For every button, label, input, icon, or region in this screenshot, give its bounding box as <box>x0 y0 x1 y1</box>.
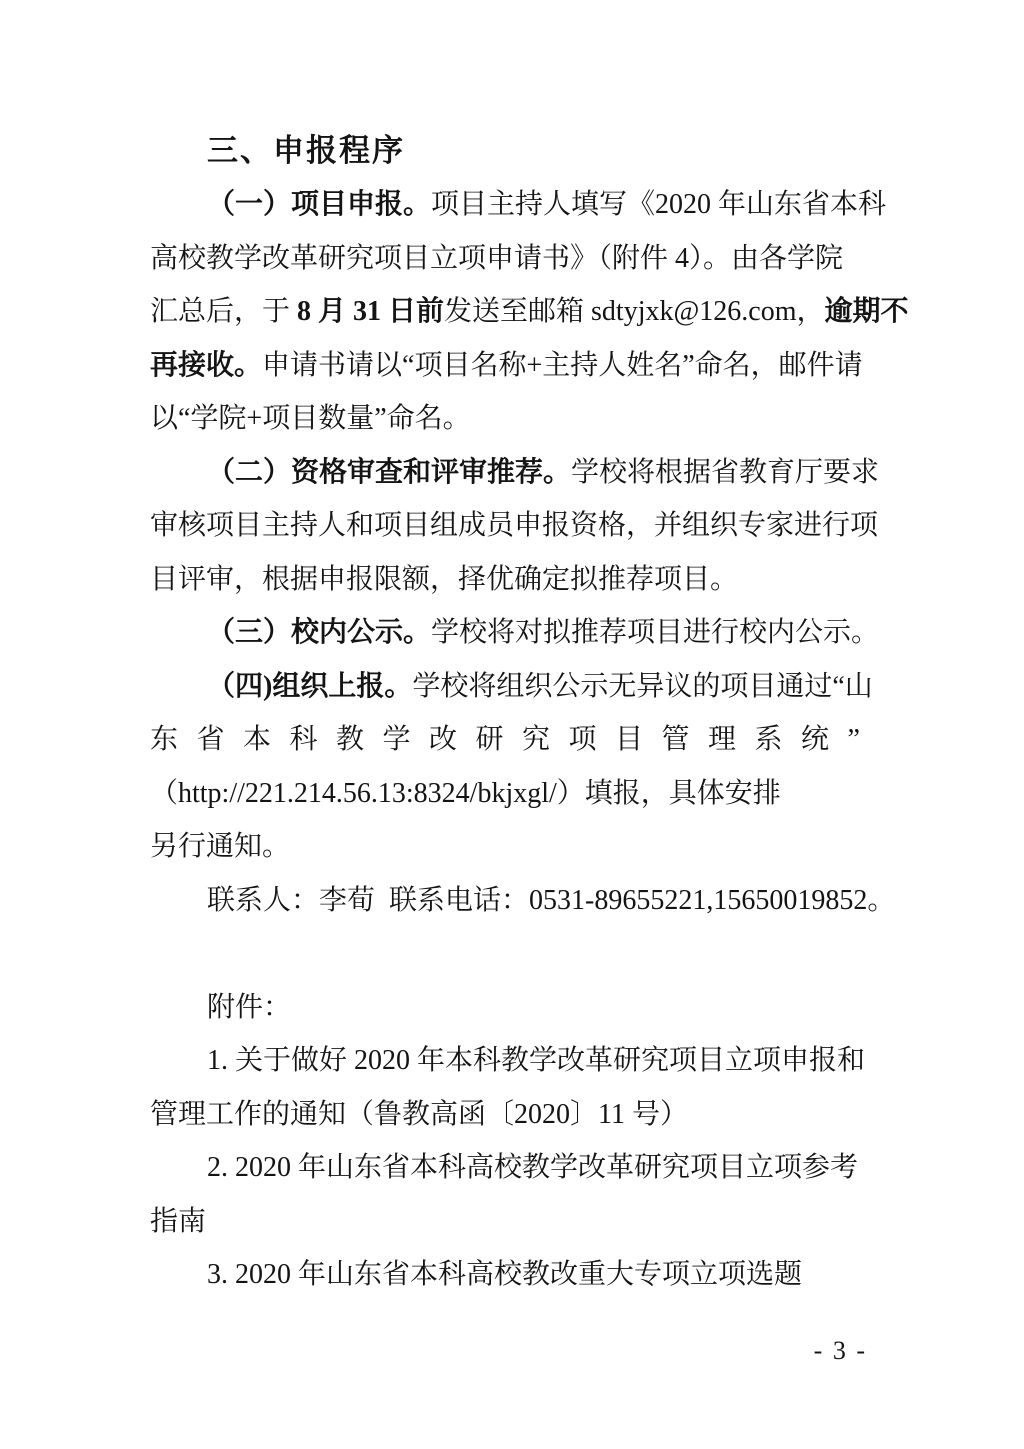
document-body: 三、申报程序 （一）项目申报。项目主持人填写《2020 年山东省本科 高校教学改… <box>150 123 876 1302</box>
attachment-item-3: 3. 2020 年山东省本科高校教改重大专项立项选题 <box>150 1248 876 1302</box>
para1-overdue-bold-2: 再接收。 <box>150 350 262 381</box>
para1-line4-text: 申请书请以“项目名称+主持人姓名”命名，邮件请 <box>262 350 863 381</box>
para1-overdue-bold-1: 逾期不 <box>824 296 908 327</box>
attachment-item-1-line-2: 管理工作的通知（鲁教高函〔2020〕11 号） <box>150 1088 876 1142</box>
para1-line4: 再接收。申请书请以“项目名称+主持人姓名”命名，邮件请 <box>150 339 876 393</box>
para4-url-line: （http://221.214.56.13:8324/bkjxgl/）填报，具体… <box>150 767 876 821</box>
section-heading: 三、申报程序 <box>150 123 876 178</box>
para1-deadline-bold: 8 月 31 日前 <box>297 296 444 327</box>
para1-line2: 高校教学改革研究项目立项申请书》（附件 4）。由各学院 <box>150 232 876 286</box>
page-number: - 3 - <box>814 1336 867 1366</box>
para2-line1-text: 学校将根据省教育厅要求 <box>571 457 879 488</box>
para4-system-name-line: 东省本科教学改研究项目管理系统” <box>150 713 876 767</box>
para4-lead: （四)组织上报。 <box>207 671 412 702</box>
attachment-item-2-line-2: 指南 <box>150 1195 876 1249</box>
attachment-item-1-line-1: 1. 关于做好 2020 年本科教学改革研究项目立项申报和 <box>150 1034 876 1088</box>
attachments-label: 附件： <box>150 981 876 1035</box>
para2-line1: （二）资格审查和评审推荐。学校将根据省教育厅要求 <box>150 446 876 500</box>
para4-line4: 另行通知。 <box>150 820 876 874</box>
document-page: 三、申报程序 （一）项目申报。项目主持人填写《2020 年山东省本科 高校教学改… <box>0 0 1024 1449</box>
attachment-item-2-line-1: 2. 2020 年山东省本科高校教学改革研究项目立项参考 <box>150 1141 876 1195</box>
para2-lead: （二）资格审查和评审推荐。 <box>207 457 571 488</box>
para1-line1-text: 项目主持人填写《2020 年山东省本科 <box>431 189 886 220</box>
para3-line1-text: 学校将对拟推荐项目进行校内公示。 <box>431 617 879 648</box>
para2-line2: 审核项目主持人和项目组成员申报资格，并组织专家进行项 <box>150 499 876 553</box>
para1-line5: 以“学院+项目数量”命名。 <box>150 392 876 446</box>
blank-line <box>150 927 876 981</box>
para1-line1: （一）项目申报。项目主持人填写《2020 年山东省本科 <box>150 178 876 232</box>
para1-line3-c: 发送至邮箱 sdtyjxk@126.com， <box>444 296 824 327</box>
contact-line: 联系人：李荀 联系电话：0531-89655221,15650019852。 <box>150 874 876 928</box>
para4-line1: （四)组织上报。学校将组织公示无异议的项目通过“山 <box>150 660 876 714</box>
para3-lead: （三）校内公示。 <box>207 617 431 648</box>
para4-line1-text: 学校将组织公示无异议的项目通过“山 <box>412 671 872 702</box>
para1-line3: 汇总后，于 8 月 31 日前发送至邮箱 sdtyjxk@126.com，逾期不 <box>150 285 876 339</box>
para1-lead: （一）项目申报。 <box>207 189 431 220</box>
para1-line3-a: 汇总后，于 <box>150 296 297 327</box>
para2-line3: 目评审，根据申报限额，择优确定拟推荐项目。 <box>150 553 876 607</box>
para3-line1: （三）校内公示。学校将对拟推荐项目进行校内公示。 <box>150 606 876 660</box>
